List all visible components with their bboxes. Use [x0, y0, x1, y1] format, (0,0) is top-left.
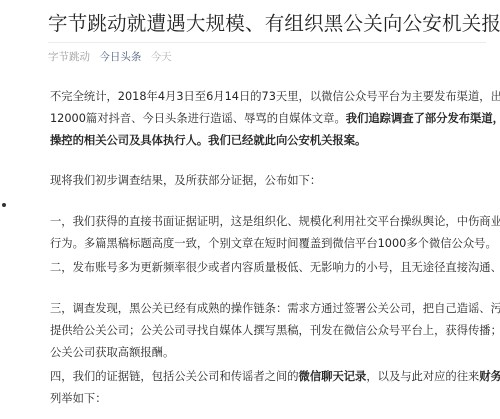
paragraph-line: 三，调查发现，黑公关已经有成熟的操作链条：需求方通过签署公关公司，把自己造谣、污…: [50, 298, 480, 320]
paragraph-line: 现将我们初步调查结果，及所获部分证据，公布如下：: [50, 170, 480, 192]
paragraph-line: 列举如下：: [50, 388, 480, 410]
list-bullet-icon: [2, 203, 6, 207]
text-run: 现将我们初步调查结果，及所获部分证据，公布如下：: [50, 174, 321, 187]
text-run: 三，调查发现，黑公关已经有成熟的操作链条：需求方通过签署公关公司，把自己造谣、污…: [50, 302, 500, 315]
text-run-bold: 我们追踪调查了部分发布渠道，发现了幕后: [346, 112, 500, 125]
text-run-bold: 微信聊天记录: [299, 370, 367, 383]
paragraph-line: 不完全统计，2018年4月3日至6月14日的73天里，以微信公众号平台为主要发布…: [50, 86, 480, 108]
article-time: 今天: [151, 51, 172, 63]
text-run-bold: 操控的相关公司及具体执行人。我们已经就此向公安机关报案。: [50, 134, 366, 147]
paragraph-line: 提供给公关公司；公关公司寻找自媒体人撰写黑稿，刊发在微信公众号平台上，获得传播；…: [50, 320, 480, 342]
paragraph-line: 四，我们的证据链，包括公关公司和传谣者之间的微信聊天记录，以及与此对应的往来财务…: [50, 366, 480, 388]
article-source[interactable]: 字节跳动: [48, 51, 90, 63]
paragraph-point-2: 二，发布账号多为更新频率很少或者内容质量极低、无影响力的小号，且无途径直接沟通、…: [50, 257, 480, 279]
text-run: 二，发布账号多为更新频率很少或者内容质量极低、无影响力的小号，且无途径直接沟通、…: [50, 261, 500, 274]
text-run: ，以及与此对应的往来: [366, 370, 479, 383]
text-run: 行为。多篇黑稿标题高度一致，个别文章在短时间覆盖到微信平台1000多个微信公众号…: [50, 237, 497, 250]
paragraph-line: 一，我们获得的直接书面证据证明，这是组织化、规模化利用社交平台操纵舆论，中伤商业…: [50, 211, 480, 233]
text-run: 不完全统计，2018年4月3日至6月14日的73天里，以微信公众号平台为主要发布…: [50, 90, 500, 103]
title-divider: [48, 42, 486, 43]
text-run: 12000篇对抖音、今日头条进行造谣、辱骂的自媒体文章。: [50, 112, 346, 125]
paragraph-line: 操控的相关公司及具体执行人。我们已经就此向公安机关报案。: [50, 130, 480, 152]
text-run: 公关公司获取高额报酬。: [50, 346, 174, 359]
text-run: 列举如下：: [50, 392, 107, 405]
text-run: 提供给公关公司；公关公司寻找自媒体人撰写黑稿，刊发在微信公众号平台上，获得传播；…: [50, 324, 500, 337]
text-run-bold: 财务记录: [479, 370, 500, 383]
article-meta: 字节跳动 今日头条 今天: [48, 50, 178, 64]
article-channel[interactable]: 今日头条: [99, 51, 141, 63]
paragraph-intro: 不完全统计，2018年4月3日至6月14日的73天里，以微信公众号平台为主要发布…: [50, 86, 480, 152]
paragraph-point-1: 一，我们获得的直接书面证据证明，这是组织化、规模化利用社交平台操纵舆论，中伤商业…: [50, 211, 480, 255]
text-run: 一，我们获得的直接书面证据证明，这是组织化、规模化利用社交平台操纵舆论，中伤商业…: [50, 215, 500, 228]
paragraph-announce: 现将我们初步调查结果，及所获部分证据，公布如下：: [50, 170, 480, 192]
paragraph-line: 行为。多篇黑稿标题高度一致，个别文章在短时间覆盖到微信平台1000多个微信公众号…: [50, 233, 480, 255]
paragraph-line: 公关公司获取高额报酬。: [50, 342, 480, 364]
paragraph-line: 二，发布账号多为更新频率很少或者内容质量极低、无影响力的小号，且无途径直接沟通、…: [50, 257, 480, 279]
paragraph-point-4: 四，我们的证据链，包括公关公司和传谣者之间的微信聊天记录，以及与此对应的往来财务…: [50, 366, 480, 410]
paragraph-point-3: 三，调查发现，黑公关已经有成熟的操作链条：需求方通过签署公关公司，把自己造谣、污…: [50, 298, 480, 364]
text-run: 四，我们的证据链，包括公关公司和传谣者之间的: [50, 370, 299, 383]
paragraph-line: 12000篇对抖音、今日头条进行造谣、辱骂的自媒体文章。我们追踪调查了部分发布渠…: [50, 108, 480, 130]
article-title: 字节跳动就遭遇大规模、有组织黑公关向公安机关报案: [48, 12, 500, 36]
